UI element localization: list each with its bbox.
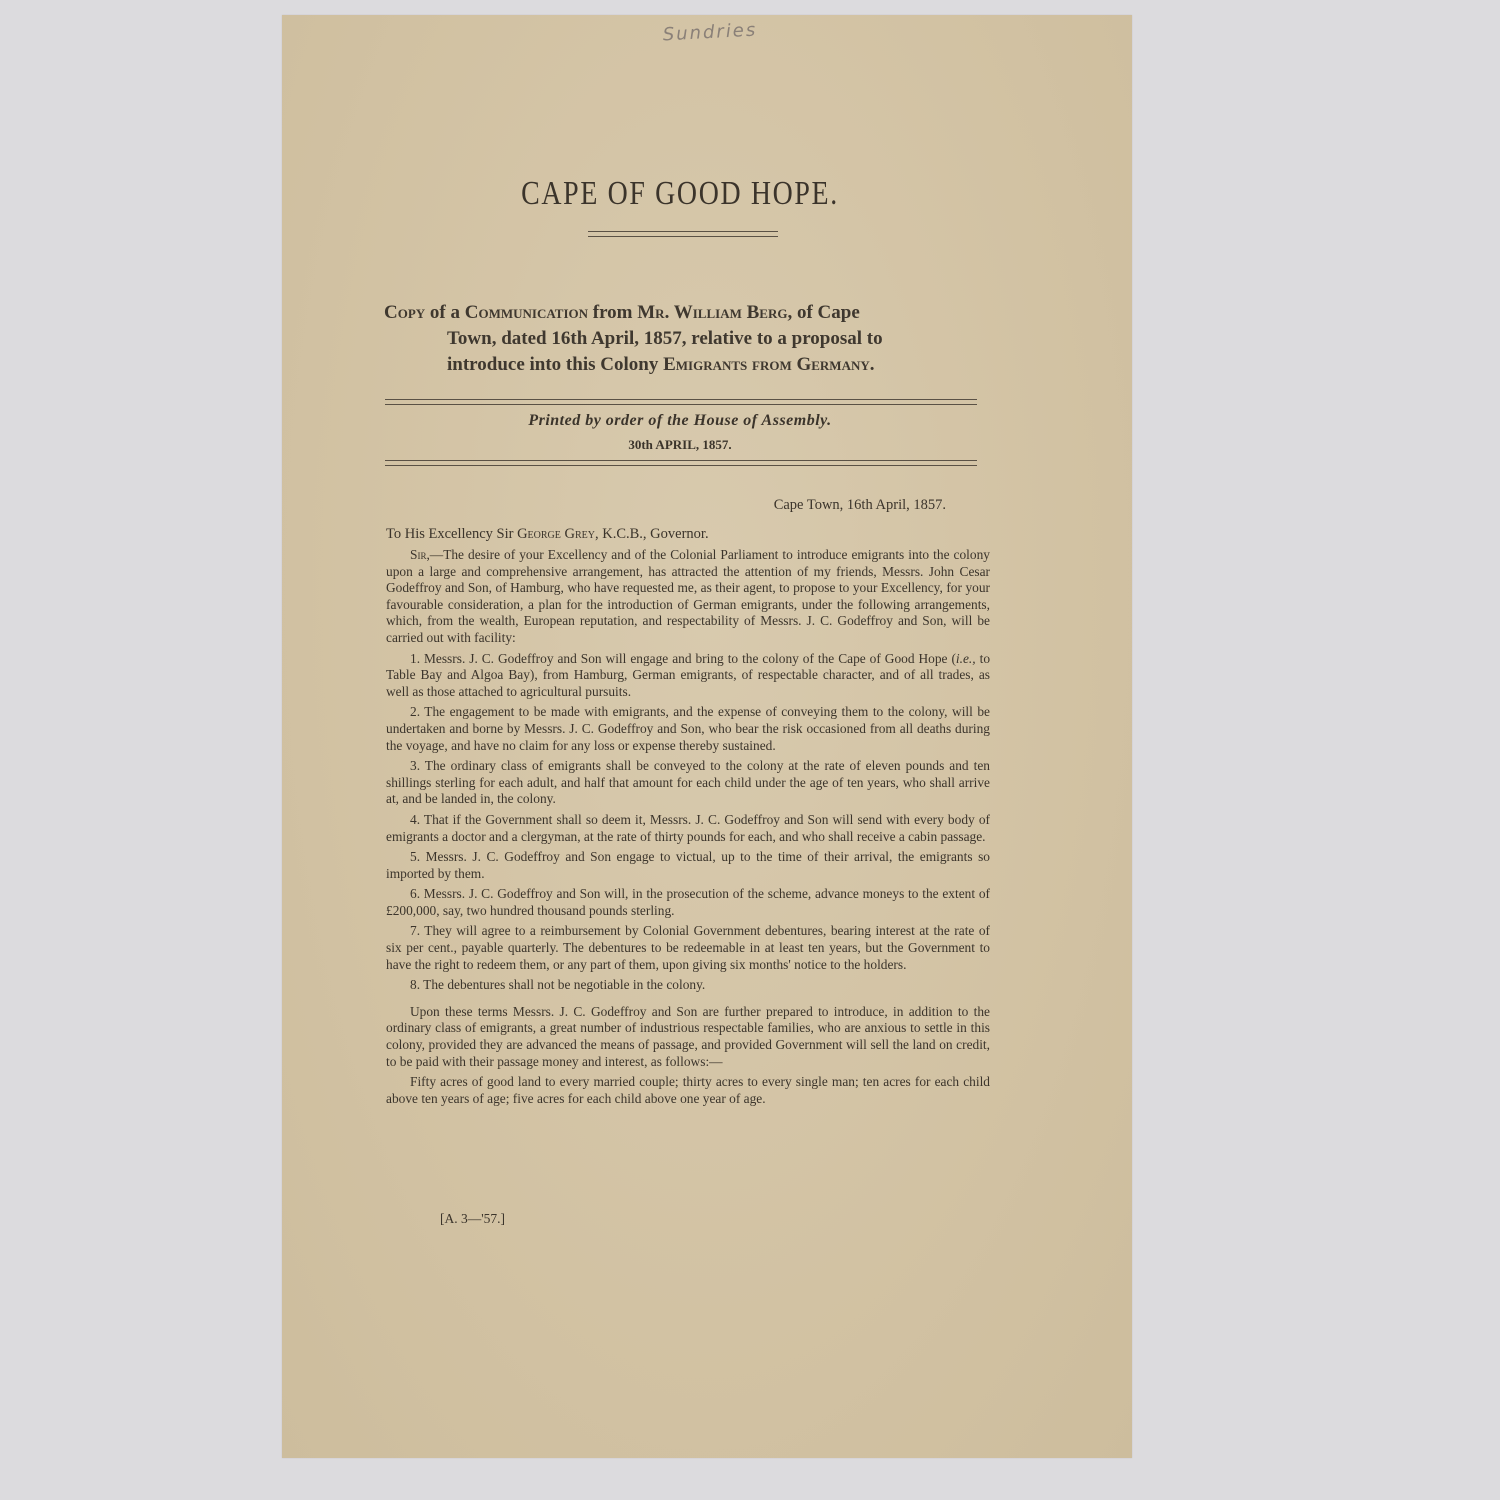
- further-terms: Upon these terms Messrs. J. C. Godeffroy…: [386, 1004, 990, 1070]
- subtitle-line-2: Town, dated 16th April, 1857, relative t…: [384, 326, 976, 352]
- letter-dateline: Cape Town, 16th April, 1857.: [384, 497, 946, 514]
- list-item: 6. Messrs. J. C. Godeffroy and Son will,…: [386, 886, 990, 919]
- document-title: CAPE OF GOOD HOPE.: [434, 175, 926, 213]
- list-item: 4. That if the Government shall so deem …: [386, 812, 990, 845]
- subtitle-text: introduce into this Colony: [447, 354, 663, 375]
- letter-intro: Sir,—The desire of your Excellency and o…: [386, 547, 990, 647]
- item-italic: i.e.,: [956, 651, 976, 666]
- salutation: Sir,: [410, 547, 430, 562]
- list-item: 3. The ordinary class of emigrants shall…: [386, 758, 990, 808]
- addressee-suffix: , K.C.B., Governor.: [595, 526, 709, 542]
- subtitle-author: Mr. William Berg: [637, 302, 787, 323]
- list-item: 2. The engagement to be made with emigra…: [386, 704, 990, 754]
- subtitle-emigrants: Emigrants from Germany: [663, 354, 870, 375]
- title-rule: [588, 231, 778, 237]
- addressee-name: George Grey: [517, 526, 595, 542]
- letter-addressee: To His Excellency Sir George Grey, K.C.B…: [386, 526, 976, 543]
- header-rule-top: [385, 399, 977, 405]
- addressee-prefix: To His Excellency Sir: [386, 526, 517, 542]
- document-subtitle: Copy of a Communication from Mr. William…: [384, 300, 976, 378]
- subtitle-text: of a: [425, 302, 465, 323]
- printed-date: 30th APRIL, 1857.: [384, 437, 976, 453]
- subtitle-text: .: [870, 354, 875, 375]
- printed-by-order: Printed by order of the House of Assembl…: [384, 412, 976, 430]
- list-item: 8. The debentures shall not be negotiabl…: [386, 977, 990, 994]
- item-text: 1. Messrs. J. C. Godeffroy and Son will …: [410, 651, 956, 666]
- document-reference: [A. 3—'57.]: [440, 1211, 505, 1227]
- list-item: 1. Messrs. J. C. Godeffroy and Son will …: [386, 651, 990, 701]
- header-rule-bottom: [385, 460, 977, 466]
- subtitle-text: , of Cape: [787, 302, 859, 323]
- subtitle-copy: Copy: [384, 302, 425, 323]
- acres-terms: Fifty acres of good land to every marrie…: [386, 1074, 990, 1107]
- subtitle-communication: Communication: [465, 302, 588, 323]
- list-item: 5. Messrs. J. C. Godeffroy and Son engag…: [386, 849, 990, 882]
- intro-text: —The desire of your Excellency and of th…: [386, 547, 990, 645]
- subtitle-text: from: [588, 302, 637, 323]
- letter-body: Sir,—The desire of your Excellency and o…: [386, 547, 990, 1111]
- list-item: 7. They will agree to a reimbursement by…: [386, 923, 990, 973]
